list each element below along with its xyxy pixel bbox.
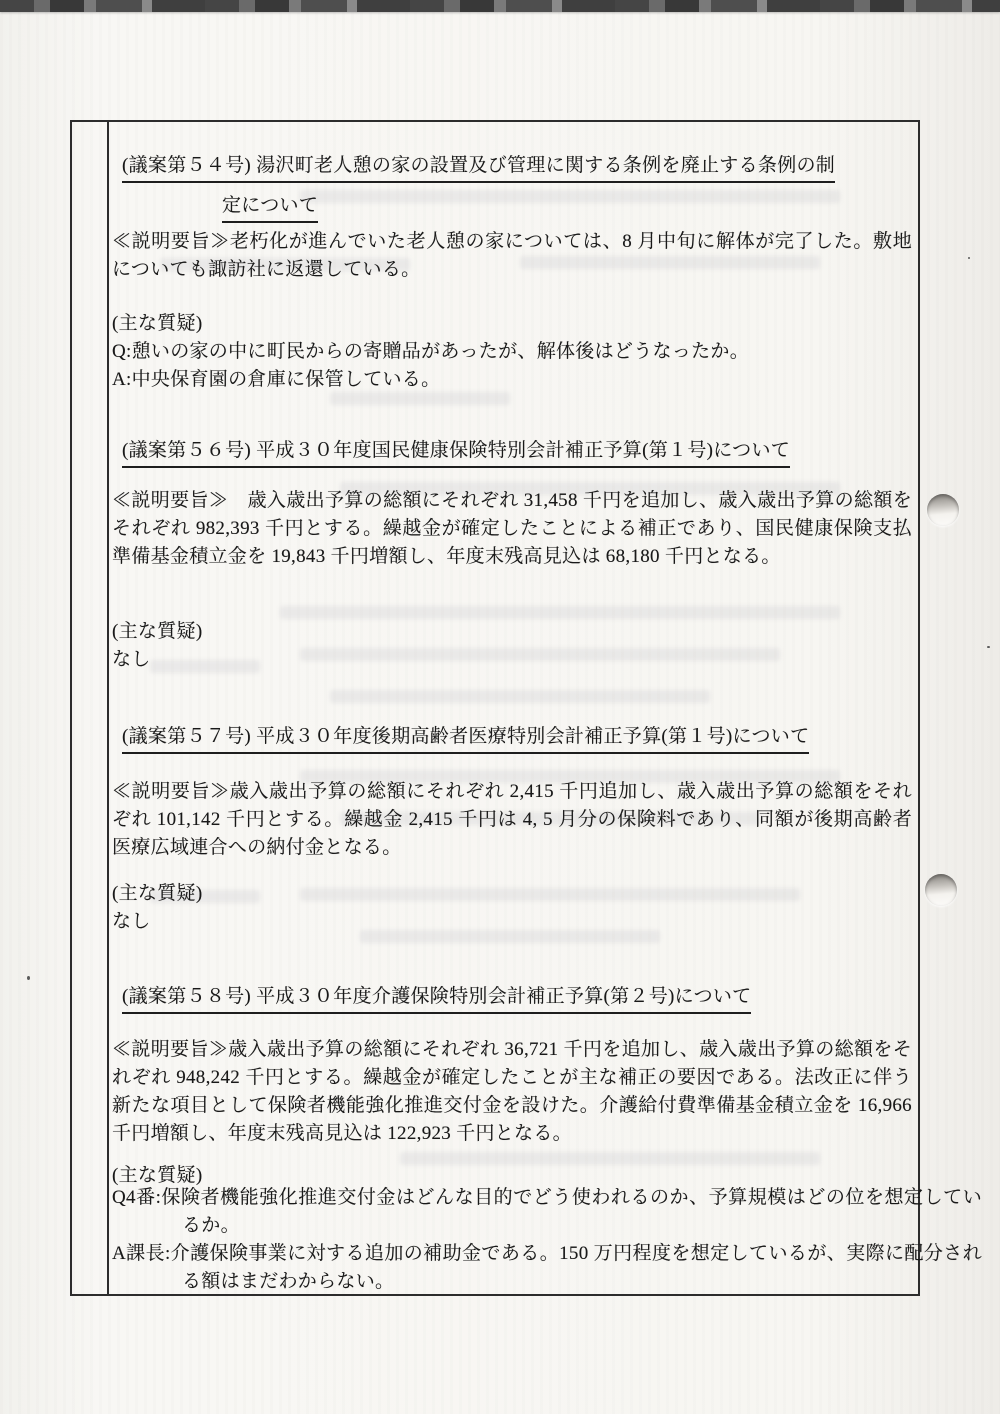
section-54-heading-text2: 定について bbox=[222, 195, 318, 223]
scan-speck bbox=[987, 646, 990, 648]
section-54-summary: ≪説明要旨≫老朽化が進んでいた老人憩の家については、8 月中旬に解体が完了した。… bbox=[112, 228, 912, 284]
section-57-qa-none: なし bbox=[112, 908, 912, 936]
section-57-qa-label: (主な質疑) bbox=[112, 880, 912, 908]
section-54-heading-line2: 定について bbox=[222, 192, 318, 220]
section-58-heading: (議案第５８号) 平成３０年度介護保険特別会計補正予算(第２号)について bbox=[122, 983, 751, 1011]
section-56-qa-none: なし bbox=[112, 646, 912, 674]
section-54-heading-text1: (議案第５４号) 湯沢町老人憩の家の設置及び管理に関する条例を廃止する条例の制 bbox=[122, 155, 835, 183]
section-57-summary: ≪説明要旨≫歳入歳出予算の総額にそれぞれ 2,415 千円追加し、歳入歳出予算の… bbox=[112, 778, 912, 862]
section-56-summary: ≪説明要旨≫ 歳入歳出予算の総額にそれぞれ 31,458 千円を追加し、歳入歳出… bbox=[112, 487, 912, 571]
section-54-heading-line1: (議案第５４号) 湯沢町老人憩の家の設置及び管理に関する条例を廃止する条例の制 bbox=[122, 152, 835, 180]
scan-speck bbox=[27, 976, 30, 980]
section-58-question: Q4番:保険者機能強化推進交付金はどんな目的でどう使われるのか、予算規模はどの位… bbox=[112, 1184, 982, 1240]
section-56-heading-text: (議案第５６号) 平成３０年度国民健康保険特別会計補正予算(第１号)について bbox=[122, 440, 790, 468]
section-57-heading-text: (議案第５７号) 平成３０年度後期高齢者医療特別会計補正予算(第１号)について bbox=[122, 726, 809, 754]
punch-hole-bottom bbox=[925, 874, 957, 906]
document-frame: (議案第５４号) 湯沢町老人憩の家の設置及び管理に関する条例を廃止する条例の制 … bbox=[70, 120, 920, 1296]
scan-speck bbox=[968, 257, 970, 259]
section-58-summary: ≪説明要旨≫歳入歳出予算の総額にそれぞれ 36,721 千円を追加し、歳入歳出予… bbox=[112, 1036, 912, 1148]
bleedthrough-smudge bbox=[330, 690, 710, 703]
scan-artifact-top-band bbox=[0, 0, 1000, 12]
section-57-heading: (議案第５７号) 平成３０年度後期高齢者医療特別会計補正予算(第１号)について bbox=[122, 723, 809, 751]
section-54-question: Q:憩いの家の中に町民からの寄贈品があったが、解体後はどうなったか。 bbox=[112, 338, 912, 366]
bleedthrough-smudge bbox=[300, 190, 840, 203]
section-56-heading: (議案第５６号) 平成３０年度国民健康保険特別会計補正予算(第１号)について bbox=[122, 437, 790, 465]
section-56-qa-label: (主な質疑) bbox=[112, 618, 912, 646]
section-54-qa-label: (主な質疑) bbox=[112, 310, 912, 338]
section-54-answer: A:中央保育園の倉庫に保管している。 bbox=[112, 366, 912, 394]
frame-left-column-divider bbox=[107, 122, 109, 1294]
section-58-answer: A課長:介護保険事業に対する追加の補助金である。150 万円程度を想定しているが… bbox=[112, 1240, 982, 1296]
punch-hole-top bbox=[927, 494, 959, 526]
scanned-page: (議案第５４号) 湯沢町老人憩の家の設置及び管理に関する条例を廃止する条例の制 … bbox=[0, 0, 1000, 1414]
section-58-heading-text: (議案第５８号) 平成３０年度介護保険特別会計補正予算(第２号)について bbox=[122, 986, 751, 1014]
